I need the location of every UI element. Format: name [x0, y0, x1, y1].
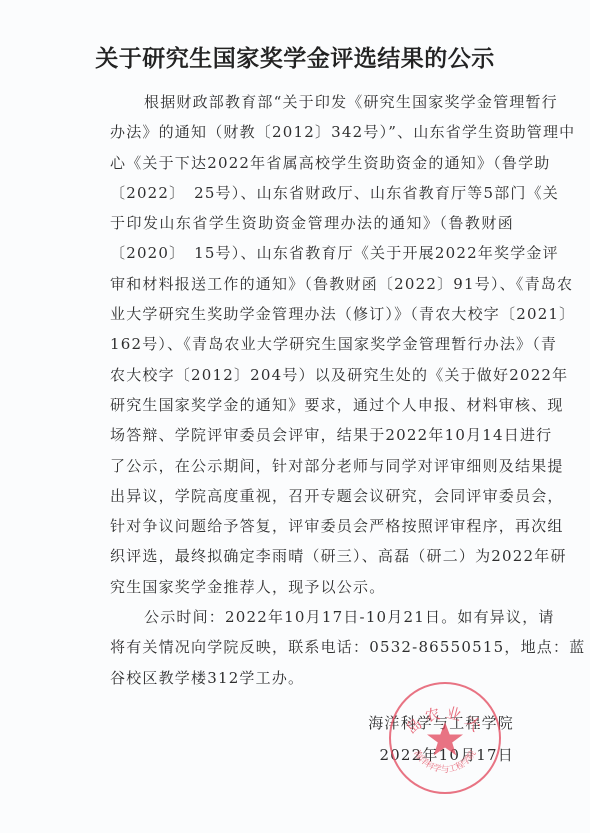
text-line: 织评选，最终拟确定李雨晴（研三）、高磊（研二）为2022年研: [80, 541, 514, 571]
star-icon: [427, 722, 463, 756]
paragraph-basis-and-result: 根据财政部教育部“关于印发《研究生国家奖学金管理暂行 办法》的通知（财教〔201…: [80, 87, 514, 602]
text-line: 究生国家奖学金推荐人，现予以公示。: [80, 572, 514, 602]
text-line: 〔2022〕 25号）、山东省财政厅、山东省教育厅等5部门《关: [80, 178, 514, 208]
text-line: 根据财政部教育部“关于印发《研究生国家奖学金管理暂行: [80, 87, 514, 117]
text-line: 于印发山东省学生资助资金管理办法的通知》（鲁教财函: [80, 208, 514, 238]
text-line: 了公示，在公示期间，针对部分老师与同学对评审细则及结果提: [80, 451, 514, 481]
text-line: 162号）、《青岛农业大学研究生国家奖学金管理暂行办法》（青: [80, 329, 514, 359]
text-line: 研究生国家奖学金的通知》要求，通过个人申报、材料审核、现: [80, 390, 514, 420]
text-line: 出异议，学院高度重视，召开专题会议研究，会同评审委员会，: [80, 481, 514, 511]
document-body: 根据财政部教育部“关于印发《研究生国家奖学金管理暂行 办法》的通知（财教〔201…: [80, 87, 514, 693]
seal-bottom-text: 海洋科学与工程学院: [411, 748, 478, 775]
text-line: 〔2020〕 15号）、山东省教育厅《关于开展2022年奖学金评: [80, 238, 514, 268]
text-line: 心《关于下达2022年省属高校学生资助资金的通知》（鲁学助: [80, 148, 514, 178]
text-line: 审和材料报送工作的通知》（鲁教财函〔2022〕91号）、《青岛农: [80, 269, 514, 299]
official-seal: 青岛农业大学 海洋科学与工程学院: [389, 682, 501, 794]
text-line: 办法》的通知（财教〔2012〕342号）”、山东省学生资助管理中: [80, 117, 514, 147]
document-title: 关于研究生国家奖学金评选结果的公示: [0, 44, 590, 74]
text-line: 公示时间：2022年10月17日-10月21日。如有异议，请: [80, 602, 514, 632]
paragraph-publicity-contact: 公示时间：2022年10月17日-10月21日。如有异议，请 将有关情况向学院反…: [80, 602, 514, 693]
seal-graphic: 青岛农业大学 海洋科学与工程学院: [391, 684, 499, 792]
seal-top-text: 青岛农业大学: [391, 684, 488, 738]
text-line: 将有关情况向学院反映，联系电话：0532-86550515，地点：蓝: [80, 632, 514, 662]
document-page: 关于研究生国家奖学金评选结果的公示 根据财政部教育部“关于印发《研究生国家奖学金…: [0, 0, 590, 833]
text-line: 场答辩、学院评审委员会评审，结果于2022年10月14日进行: [80, 420, 514, 450]
text-line: 针对争议问题给予答复，评审委员会严格按照评审程序，再次组: [80, 511, 514, 541]
text-line: 农大校字〔2012〕204号）以及研究生处的《关于做好2022年: [80, 360, 514, 390]
text-line: 业大学研究生奖助学金管理办法（修订）》（青农大校字〔2021〕: [80, 299, 514, 329]
